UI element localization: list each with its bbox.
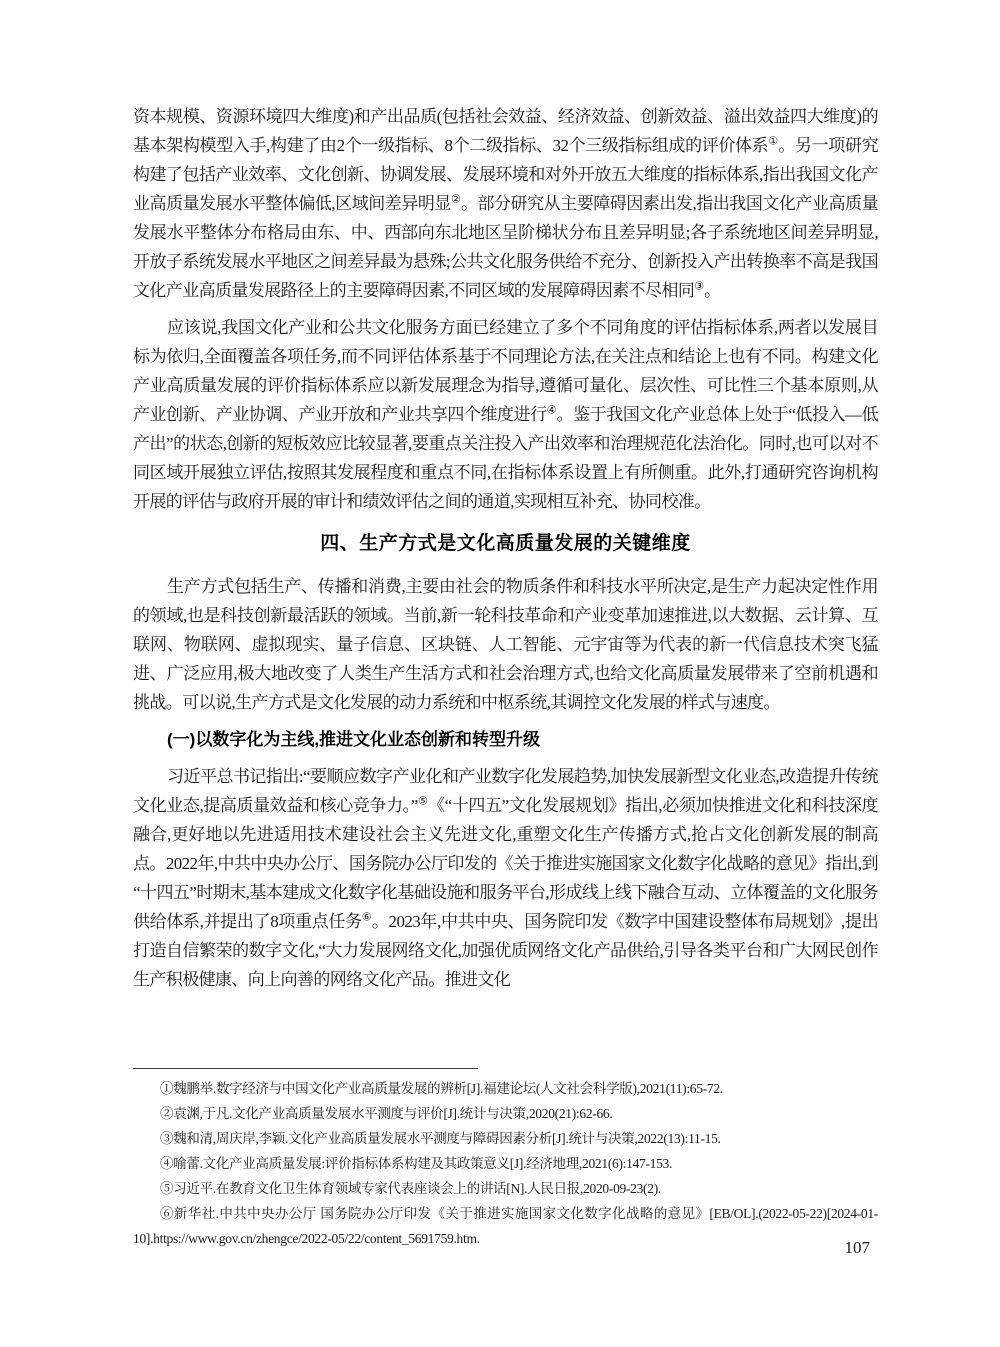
body-paragraph: 应该说,我国文化产业和公共文化服务方面已经建立了多个不同角度的评估指标体系,两者…: [133, 313, 878, 516]
body-paragraph: 生产方式包括生产、传播和消费,主要由社会的物质条件和科技水平所决定,是生产力起决…: [133, 572, 878, 717]
page-number: 107: [133, 1236, 870, 1260]
footnote-marker: ④: [160, 1156, 173, 1171]
document-page: 资本规模、资源环境四大维度)和产出品质(包括社会效益、经济效益、创新效益、溢出效…: [0, 0, 1000, 1347]
footnote-marker: ⑤: [160, 1181, 173, 1196]
footnote-item: ③魏和清,周庆岸,李颖.文化产业高质量发展水平测度与障碍因素分析[J].统计与决…: [133, 1126, 878, 1151]
footnote-text: 喻蕾.文化产业高质量发展:评价指标体系构建及其政策意义[J].经济地理,2021…: [173, 1156, 672, 1171]
body-paragraph: 资本规模、资源环境四大维度)和产出品质(包括社会效益、经济效益、创新效益、溢出效…: [133, 102, 878, 305]
footnote-ref-marker: ①: [768, 135, 778, 147]
footnote-ref-marker: ②: [451, 193, 461, 205]
subsection-heading: (一)以数字化为主线,推进文化业态创新和转型升级: [133, 725, 878, 754]
footnote-item: ①魏鹏举.数字经济与中国文化产业高质量发展的辨析[J].福建论坛(人文社会科学版…: [133, 1076, 878, 1101]
footnote-marker: ③: [160, 1131, 173, 1146]
footnote-item: ②袁渊,于凡.文化产业高质量发展水平测度与评价[J].统计与决策,2020(21…: [133, 1101, 878, 1126]
footnotes-list: ①魏鹏举.数字经济与中国文化产业高质量发展的辨析[J].福建论坛(人文社会科学版…: [133, 1076, 878, 1251]
text-run: 资本规模、资源环境四大维度)和产出品质(包括社会效益、经济效益、创新效益、溢出效…: [133, 107, 878, 155]
footnote-ref-marker: ④: [547, 404, 557, 416]
footnote-text: 袁渊,于凡.文化产业高质量发展水平测度与评价[J].统计与决策,2020(21)…: [173, 1106, 612, 1121]
text-run: 。: [704, 281, 720, 300]
footnote-ref-marker: ⑤: [418, 795, 428, 807]
footnote-marker: ⑥: [160, 1206, 174, 1221]
footnote-item: ⑤习近平.在教育文化卫生体育领域专家代表座谈会上的讲话[N].人民日报,2020…: [133, 1176, 878, 1201]
footnote-item: ④喻蕾.文化产业高质量发展:评价指标体系构建及其政策意义[J].经济地理,202…: [133, 1151, 878, 1176]
text-run: 《“十四五”文化发展规划》指出,必须加快推进文化和科技深度融合,更好地以先进适用…: [133, 796, 878, 931]
footnotes-section: ①魏鹏举.数字经济与中国文化产业高质量发展的辨析[J].福建论坛(人文社会科学版…: [133, 1068, 878, 1251]
footnote-separator-line: [133, 1068, 478, 1069]
text-run: 生产方式包括生产、传播和消费,主要由社会的物质条件和科技水平所决定,是生产力起决…: [133, 577, 878, 712]
footnote-text: 魏和清,周庆岸,李颖.文化产业高质量发展水平测度与障碍因素分析[J].统计与决策…: [173, 1131, 720, 1146]
footnote-marker: ①: [160, 1081, 173, 1096]
document-body: 资本规模、资源环境四大维度)和产出品质(包括社会效益、经济效益、创新效益、溢出效…: [133, 102, 878, 994]
footnote-text: 习近平.在教育文化卫生体育领域专家代表座谈会上的讲话[N].人民日报,2020-…: [173, 1181, 661, 1196]
footnote-marker: ②: [160, 1106, 173, 1121]
section-heading: 四、生产方式是文化高质量发展的关键维度: [133, 528, 878, 560]
footnote-text: 魏鹏举.数字经济与中国文化产业高质量发展的辨析[J].福建论坛(人文社会科学版)…: [173, 1081, 723, 1096]
footnote-ref-marker: ⑥: [362, 911, 372, 923]
footnote-ref-marker: ③: [694, 280, 704, 292]
body-paragraph: 习近平总书记指出:“要顺应数字产业化和产业数字化发展趋势,加快发展新型文化业态,…: [133, 762, 878, 994]
